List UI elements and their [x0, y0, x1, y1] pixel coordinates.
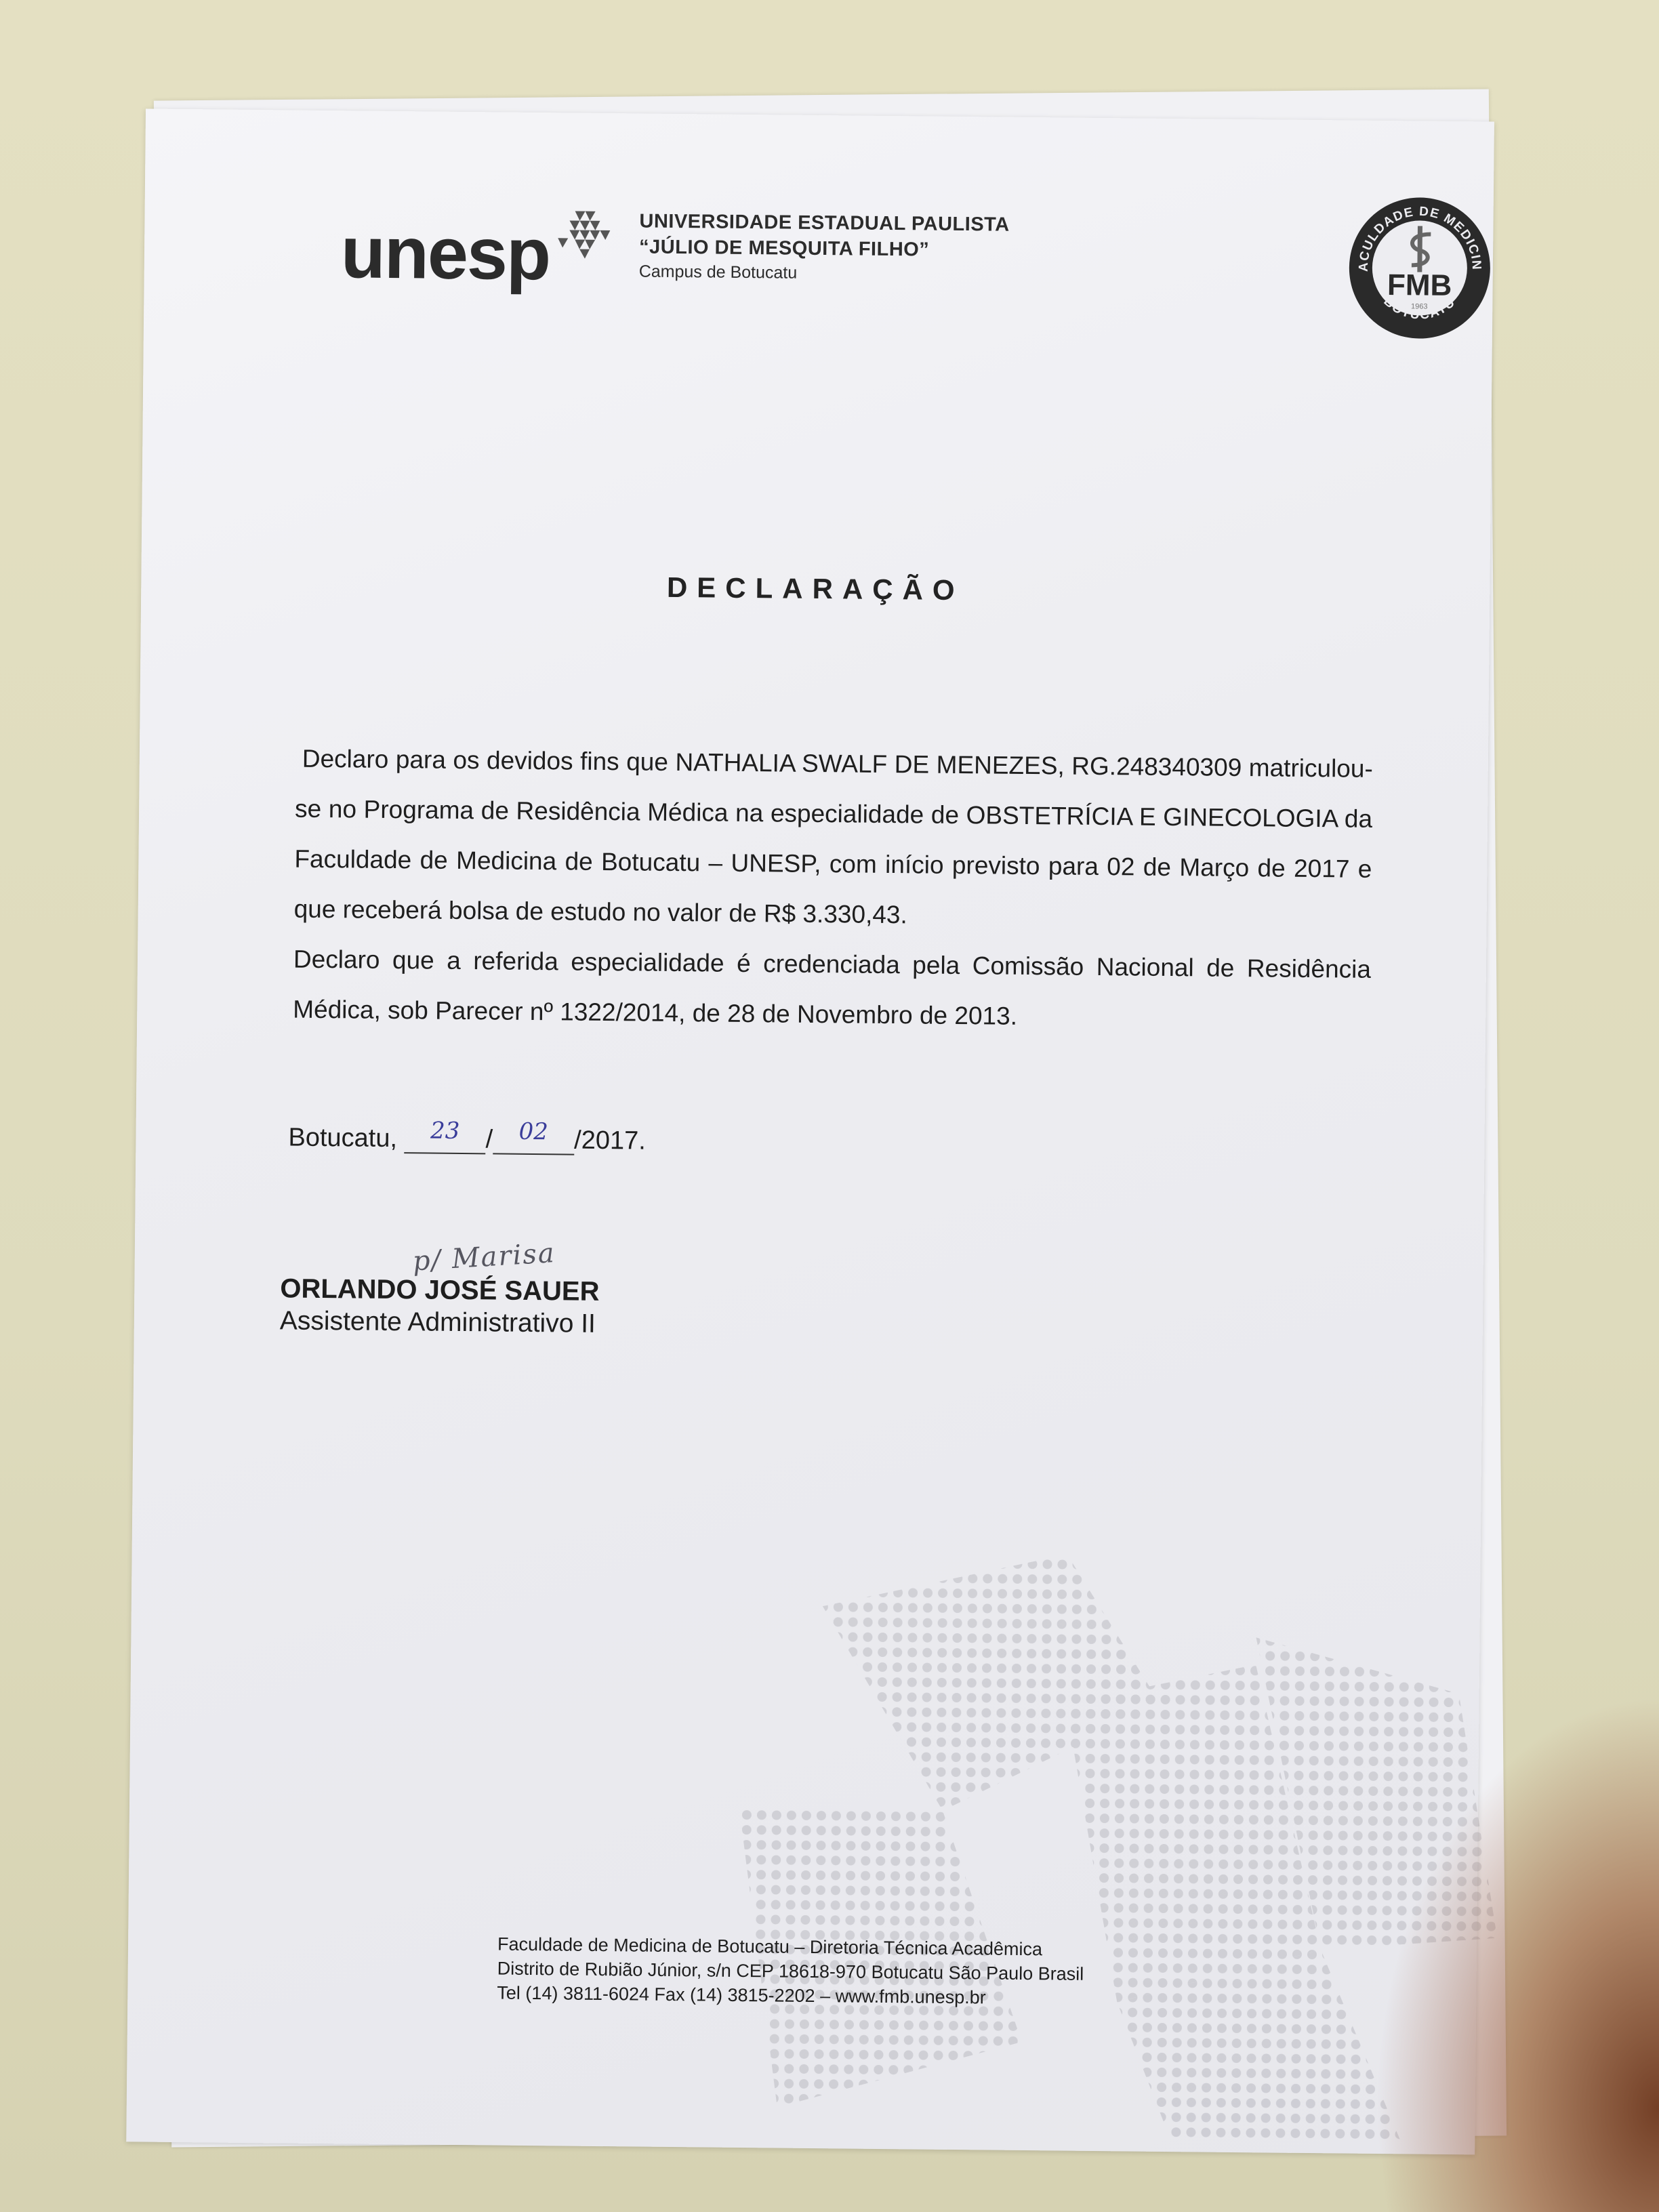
signatory-role: Assistente Administrativo II: [280, 1305, 600, 1340]
unesp-triangle-logo-icon: [554, 204, 616, 266]
fmb-seal-logo-icon: FACULDADE DE MEDICINA BOTUCATU FMB 1963: [1343, 191, 1497, 345]
unesp-logo-text: unesp: [341, 216, 550, 291]
handwritten-signature: p/ Marisa: [412, 1237, 556, 1277]
svg-text:FMB: FMB: [1387, 268, 1452, 302]
date-month-handwritten: 02: [493, 1118, 574, 1145]
date-day-handwritten: 23: [405, 1117, 486, 1145]
declaration-paragraph-1: Declaro para os devidos fins que NATHALI…: [293, 734, 1373, 945]
university-name-block: UNIVERSIDADE ESTADUAL PAULISTA “JÚLIO DE…: [639, 208, 1010, 286]
campus-name: Campus de Botucatu: [639, 260, 1009, 286]
declaration-body: Declaro para os devidos fins que NATHALI…: [293, 734, 1373, 1045]
signature-block: p/ Marisa ORLANDO JOSÉ SAUER Assistente …: [280, 1272, 600, 1340]
svg-text:1963: 1963: [1411, 302, 1428, 310]
declaration-sheet: unesp UNIVERSIDADE ESTADUAL PAULISTA “JÚ…: [126, 108, 1494, 2154]
letterhead-footer: Faculdade de Medicina de Botucatu – Dire…: [497, 1932, 1084, 2011]
date-day-field: 23: [404, 1125, 485, 1154]
date-year: /2017.: [574, 1126, 646, 1155]
letterhead: unesp UNIVERSIDADE ESTADUAL PAULISTA “JÚ…: [340, 175, 1358, 347]
date-month-field: 02: [493, 1126, 574, 1155]
date-separator: /: [485, 1125, 493, 1153]
unesp-watermark-pattern: [736, 1524, 1555, 2142]
declaration-paragraph-2: Declaro que a referida especialidade é c…: [293, 935, 1371, 1045]
document-title: DECLARAÇÃO: [141, 566, 1490, 611]
signatory-name: ORLANDO JOSÉ SAUER: [280, 1272, 600, 1308]
university-name: UNIVERSIDADE ESTADUAL PAULISTA: [639, 208, 1010, 237]
university-subtitle: “JÚLIO DE MESQUITA FILHO”: [639, 234, 1010, 263]
date-city: Botucatu,: [288, 1124, 397, 1153]
date-line: Botucatu, 23/02/2017.: [288, 1124, 646, 1156]
